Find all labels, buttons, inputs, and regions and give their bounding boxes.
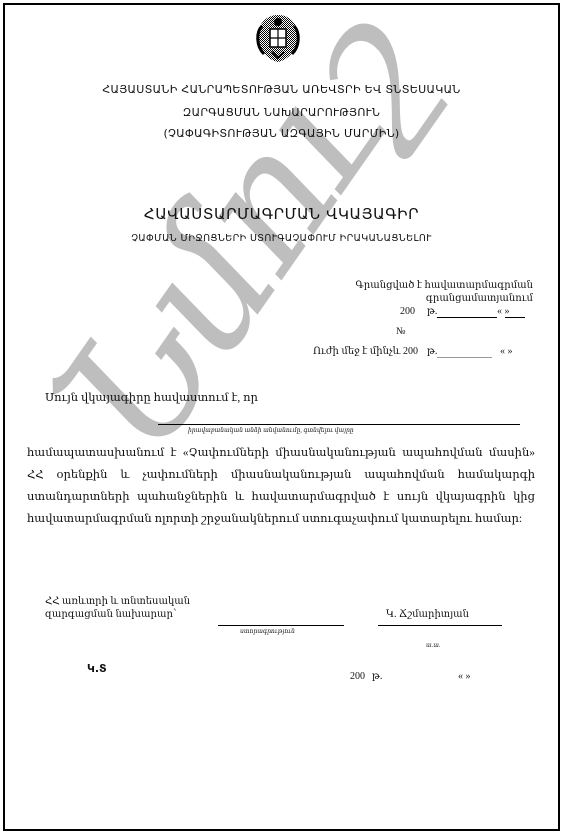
registration-date-quote: « » (497, 306, 510, 317)
ministry-name-line2: ԶԱՐԳԱՑՄԱՆ ՆԱԽԱՐԱՐՈՒԹՅՈՒՆ (0, 106, 563, 119)
seal-place-label: Կ.Տ (87, 662, 107, 675)
certificate-intro: Սույն վկայագիրը հավաստում է, որ (45, 390, 258, 404)
valid-until-label: Ուժի մեջ է մինչև 200 (313, 346, 418, 357)
organization-name-caption: իրավաբանական անձի անվանումը, գտնվելու վա… (188, 427, 354, 434)
page-title: ՀԱՎԱՍՏԱՐՄԱԳՐՄԱՆ ՎԿԱՅԱԳԻՐ (0, 205, 563, 223)
minister-name: Կ. Ճշմարիտյան (386, 609, 469, 620)
name-caption: ա.ա. (426, 642, 440, 649)
registration-date-year: 200 (400, 306, 415, 317)
valid-until-date-field[interactable] (437, 357, 492, 358)
registration-label-2: գրանցամատյանում (426, 293, 533, 304)
signature-date-quote: « » (458, 671, 471, 682)
valid-until-quote: « » (500, 346, 513, 357)
certificate-paragraph: համապատասխանում է «Չափումների միասնականո… (27, 442, 535, 530)
valid-until-suffix: թ. (427, 346, 437, 357)
signature-date-year: 200 (350, 671, 365, 682)
organization-name-field[interactable] (158, 424, 520, 425)
coat-of-arms-icon (252, 12, 304, 64)
agency-name: (ՉԱՓԱԳԻՏՈՒԹՅԱՆ ԱԶԳԱՅԻՆ ՄԱՐՄԻՆ) (0, 127, 563, 140)
minister-name-line (378, 625, 502, 626)
signature-date-suffix: թ. (372, 671, 382, 682)
minister-title-line2: զարգացման նախարար՝ (45, 609, 177, 620)
registration-date-suffix: թ. (427, 306, 437, 317)
signature-field[interactable] (218, 625, 344, 626)
signature-caption: ստորագրություն (240, 628, 295, 635)
minister-title-line1: ՀՀ առևտրի և տնտեսական (45, 596, 190, 607)
registration-number-label: № (396, 326, 406, 337)
page-subtitle: ՉԱՓՄԱՆ ՄԻՋՈՑՆԵՐԻ ՍՏՈՒԳԱՉԱՓՈՒՄ ԻՐԱԿԱՆԱՑՆԵ… (0, 233, 563, 244)
registration-day-field[interactable] (505, 317, 525, 318)
ministry-name-line1: ՀԱՅԱՍՏԱՆԻ ՀԱՆՐԱՊԵՏՈՒԹՅԱՆ ԱՌԵՎՏՐԻ ԵՎ ՏՆՏԵ… (0, 83, 563, 96)
registration-date-field[interactable] (437, 317, 497, 318)
registration-label-1: Գրանցված է հավատարմագրման (356, 280, 533, 291)
